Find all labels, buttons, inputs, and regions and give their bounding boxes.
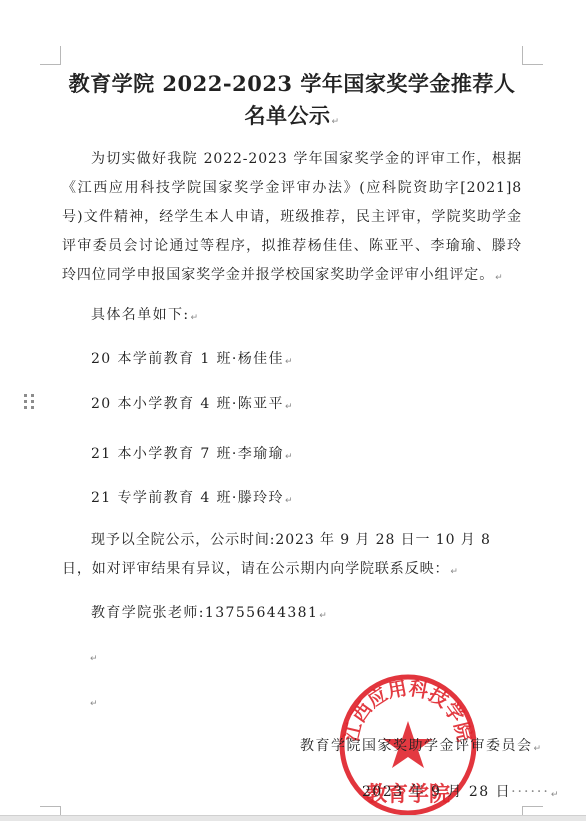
title-text-2: 名单公示	[244, 103, 330, 128]
drag-handle-icon[interactable]	[24, 394, 34, 410]
committee-text: 教育学院国家奖助学金评审委员会	[300, 738, 533, 754]
nominee-name: 杨佳佳	[238, 351, 284, 367]
paragraph-mark-icon: ↵	[191, 313, 200, 323]
svg-text:江西应用科技学院: 江西应用科技学院	[341, 676, 477, 743]
contact-text: 教育学院张老师:13755644381	[91, 605, 318, 621]
paragraph-mark-icon: ↵	[319, 611, 328, 621]
intro-text: 为切实做好我院 2022-2023 学年国家奖学金的评审工作，根据《江西应用科技…	[62, 151, 522, 283]
list-heading[interactable]: 具体名单如下:↵	[91, 304, 199, 324]
paragraph-mark-icon: ↵	[90, 699, 99, 709]
paragraph-mark-icon: ↵	[495, 273, 503, 283]
paragraph-mark-icon: ↵	[551, 790, 560, 800]
signature-date[interactable]: 2023 年 9 月 28 日······↵	[362, 781, 560, 801]
nominee-name: 李瑜瑜	[238, 446, 284, 462]
title-text-1: 教育学院 2022-2023 学年国家奖学金推荐人	[69, 71, 516, 96]
contact-line[interactable]: 教育学院张老师:13755644381↵	[91, 602, 328, 622]
empty-paragraph[interactable]: ↵	[89, 693, 99, 709]
nominee-item[interactable]: 20 本学前教育 1 班·杨佳佳↵	[91, 348, 294, 368]
notice-text: 现予以全院公示，公示时间:2023 年 9 月 28 日一 10 月 8 日，如…	[62, 532, 491, 577]
document-page[interactable]: 教育学院 2022-2023 学年国家奖学金推荐人 名单公示↵ 为切实做好我院 …	[0, 0, 586, 815]
page-bottom-edge	[0, 815, 586, 821]
paragraph-mark-icon: ↵	[331, 117, 339, 127]
nominee-item[interactable]: 20 本小学教育 4 班·陈亚平↵	[91, 393, 294, 413]
notice-paragraph[interactable]: 现予以全院公示，公示时间:2023 年 9 月 28 日一 10 月 8 日，如…	[62, 526, 522, 587]
empty-paragraph[interactable]: ↵	[89, 648, 99, 664]
list-heading-text: 具体名单如下:	[91, 307, 190, 323]
crop-mark-top-right	[522, 46, 543, 65]
nominee-class: 21 专学前教育 4 班	[91, 490, 232, 506]
nominee-name: 陈亚平	[238, 396, 284, 412]
committee-signature[interactable]: 教育学院国家奖助学金评审委员会↵	[300, 735, 543, 755]
nominee-class: 20 本小学教育 4 班	[91, 396, 232, 412]
nominee-item[interactable]: 21 专学前教育 4 班·滕玲玲↵	[91, 487, 294, 507]
paragraph-mark-icon: ↵	[285, 402, 294, 412]
paragraph-mark-icon: ↵	[534, 744, 543, 754]
nominee-class: 20 本学前教育 1 班	[91, 351, 232, 367]
paragraph-mark-icon: ↵	[90, 654, 99, 664]
document-title-line-1[interactable]: 教育学院 2022-2023 学年国家奖学金推荐人	[56, 68, 528, 98]
paragraph-mark-icon: ↵	[450, 567, 458, 577]
paragraph-mark-icon: ↵	[285, 357, 294, 367]
nominee-item[interactable]: 21 本小学教育 7 班·李瑜瑜↵	[91, 443, 294, 463]
paragraph-mark-icon: ↵	[285, 496, 294, 506]
date-text: 2023 年 9 月 28 日	[362, 784, 511, 800]
paragraph-mark-icon: ↵	[285, 452, 294, 462]
nominee-name: 滕玲玲	[238, 490, 284, 506]
intro-paragraph[interactable]: 为切实做好我院 2022-2023 学年国家奖学金的评审工作，根据《江西应用科技…	[62, 145, 522, 293]
crop-mark-top-left	[40, 46, 61, 65]
nominee-class: 21 本小学教育 7 班	[91, 446, 232, 462]
document-title-line-2[interactable]: 名单公示↵	[56, 100, 528, 130]
space-marks: ······	[511, 784, 550, 800]
